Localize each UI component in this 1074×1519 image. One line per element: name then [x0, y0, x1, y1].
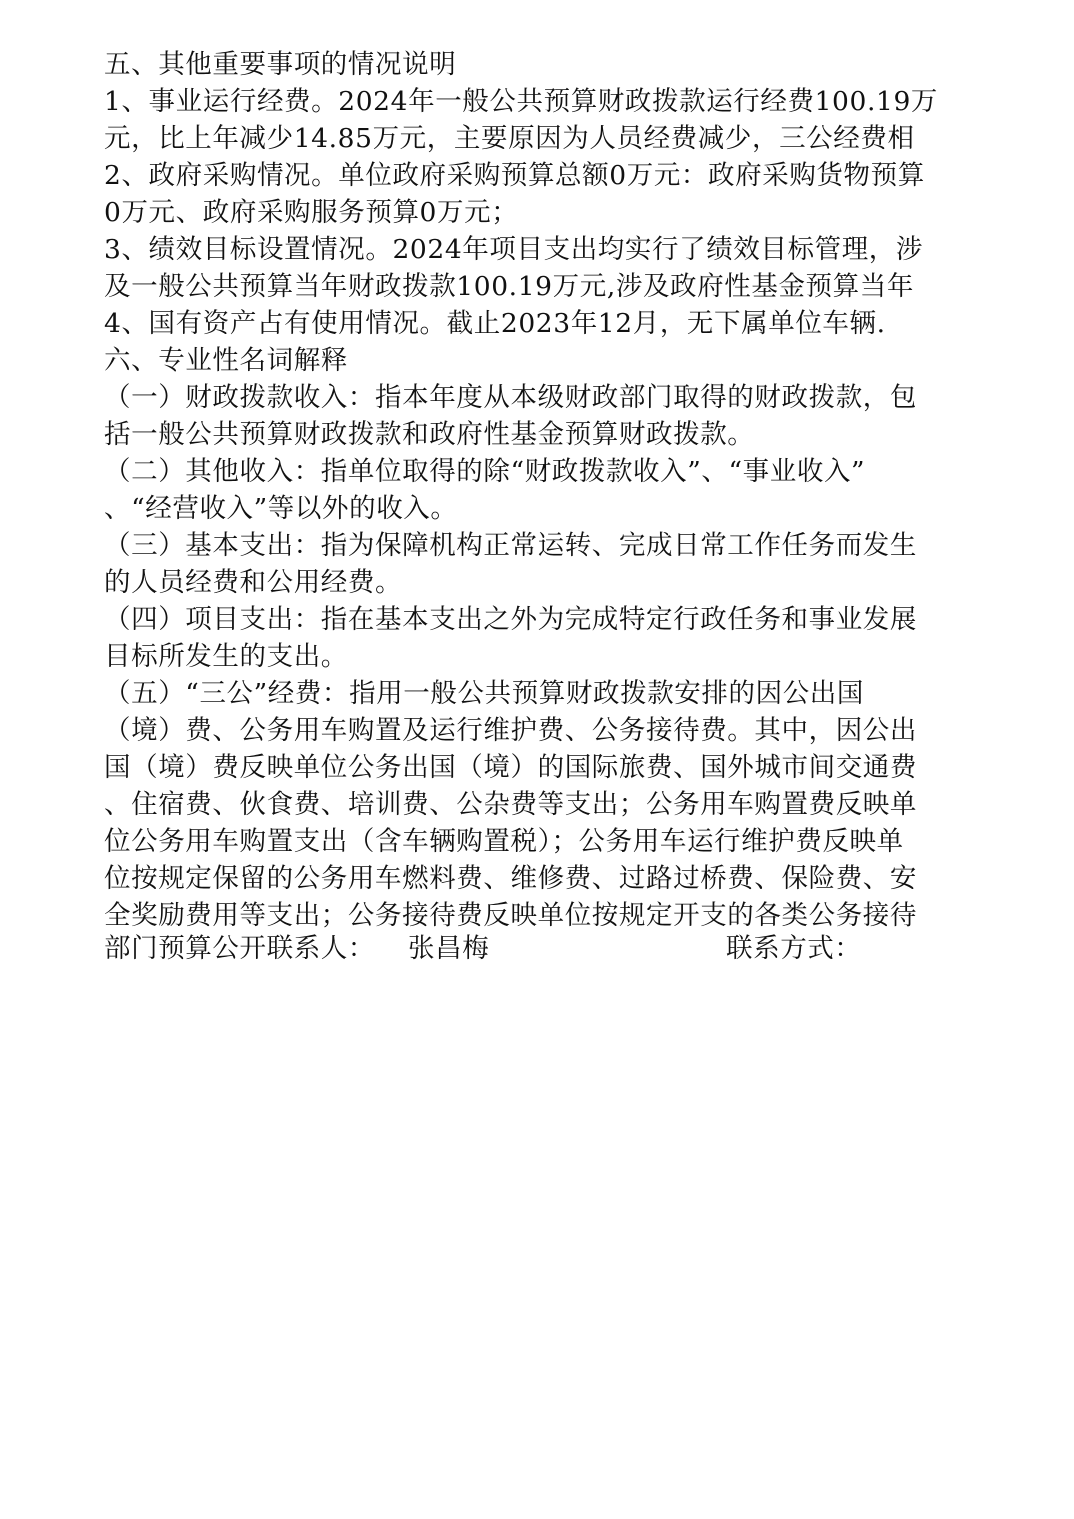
paragraph-line: （三）基本支出：指为保障机构正常运转、完成日常工作任务而发生: [104, 527, 970, 564]
section-heading: 六、专业性名词解释: [104, 342, 970, 379]
paragraph-line: 2、政府采购情况。单位政府采购预算总额0万元：政府采购货物预算: [104, 157, 970, 194]
paragraph-line: 括一般公共预算财政拨款和政府性基金预算财政拨款。: [104, 416, 970, 453]
paragraph-line: （五）“三公”经费：指用一般公共预算财政拨款安排的因公出国: [104, 675, 970, 712]
contact-person-label: 部门预算公开联系人：: [104, 930, 375, 967]
document-page: 五、其他重要事项的情况说明 1、事业运行经费。2024年一般公共预算财政拨款运行…: [104, 46, 970, 931]
paragraph-line: 位公务用车购置支出（含车辆购置税）；公务用车运行维护费反映单: [104, 823, 970, 860]
paragraph-line: （二）其他收入：指单位取得的除“财政拨款收入”、“事业收入”: [104, 453, 970, 490]
paragraph-line: 、“经营收入”等以外的收入。: [104, 490, 970, 527]
paragraph-line: 位按规定保留的公务用车燃料费、维修费、过路过桥费、保险费、安: [104, 860, 970, 897]
paragraph-line: 1、事业运行经费。2024年一般公共预算财政拨款运行经费100.19万: [104, 83, 970, 120]
clipped-paragraph-line: 全奖励费用等支出；公务接待费反映单位按规定开支的各类公务接待: [104, 897, 970, 931]
text-clip-region: 五、其他重要事项的情况说明 1、事业运行经费。2024年一般公共预算财政拨款运行…: [104, 46, 970, 931]
paragraph-line: （一）财政拨款收入：指本年度从本级财政部门取得的财政拨款，包: [104, 379, 970, 416]
paragraph-line: 的人员经费和公用经费。: [104, 564, 970, 601]
contact-person-name: 张昌梅: [408, 930, 489, 967]
paragraph-line: 、住宿费、伙食费、培训费、公杂费等支出；公务用车购置费反映单: [104, 786, 970, 823]
contact-line: 部门预算公开联系人： 张昌梅 联系方式：: [104, 930, 970, 967]
paragraph-line: 国（境）费反映单位公务出国（境）的国际旅费、国外城市间交通费: [104, 749, 970, 786]
paragraph-line: 4、国有资产占有使用情况。截止2023年12月，无下属单位车辆.: [104, 305, 970, 342]
contact-method-label: 联系方式：: [726, 930, 862, 967]
paragraph-line: 及一般公共预算当年财政拨款100.19万元,涉及政府性基金预算当年: [104, 268, 970, 305]
paragraph-line: 0万元、政府采购服务预算0万元；: [104, 194, 970, 231]
paragraph-line: 元，比上年减少14.85万元，主要原因为人员经费减少，三公经费相: [104, 120, 970, 157]
paragraph-line: （境）费、公务用车购置及运行维护费、公务接待费。其中，因公出: [104, 712, 970, 749]
paragraph-line: 目标所发生的支出。: [104, 638, 970, 675]
paragraph-line: 3、绩效目标设置情况。2024年项目支出均实行了绩效目标管理，涉: [104, 231, 970, 268]
section-heading: 五、其他重要事项的情况说明: [104, 46, 970, 83]
paragraph-line: （四）项目支出：指在基本支出之外为完成特定行政任务和事业发展: [104, 601, 970, 638]
